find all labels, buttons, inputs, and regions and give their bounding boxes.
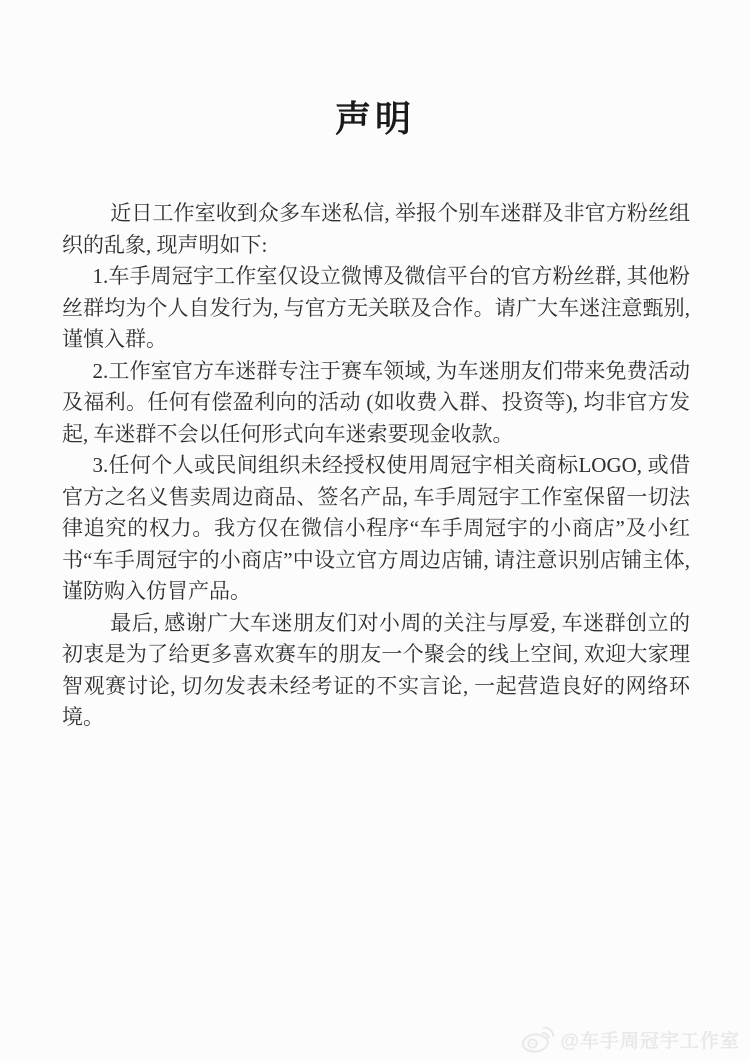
paragraph-item-2: 2.工作室官方车迷群专注于赛车领域, 为车迷朋友们带来免费活动及福利。任何有偿盈… [62,356,690,451]
paragraph-intro: 近日工作室收到众多车迷私信, 举报个别车迷群及非官方粉丝组织的乱象, 现声明如下… [62,198,690,261]
paragraph-item-3: 3.任何个人或民间组织未经授权使用周冠宇相关商标LOGO, 或借官方之名义售卖周… [62,450,690,608]
watermark-handle: @车手周冠宇工作室 [560,1026,740,1053]
page-title: 声明 [0,98,750,140]
weibo-icon [519,1024,555,1055]
statement-body: 近日工作室收到众多车迷私信, 举报个别车迷群及非官方粉丝组织的乱象, 现声明如下… [62,198,690,734]
watermark: @车手周冠宇工作室 [519,1024,740,1055]
paragraph-closing: 最后, 感谢广大车迷朋友们对小周的关注与厚爱, 车迷群创立的初衷是为了给更多喜欢… [62,608,690,734]
statement-page: 声明 近日工作室收到众多车迷私信, 举报个别车迷群及非官方粉丝组织的乱象, 现声… [0,0,750,1060]
paragraph-item-1: 1.车手周冠宇工作室仅设立微博及微信平台的官方粉丝群, 其他粉丝群均为个人自发行… [62,261,690,356]
